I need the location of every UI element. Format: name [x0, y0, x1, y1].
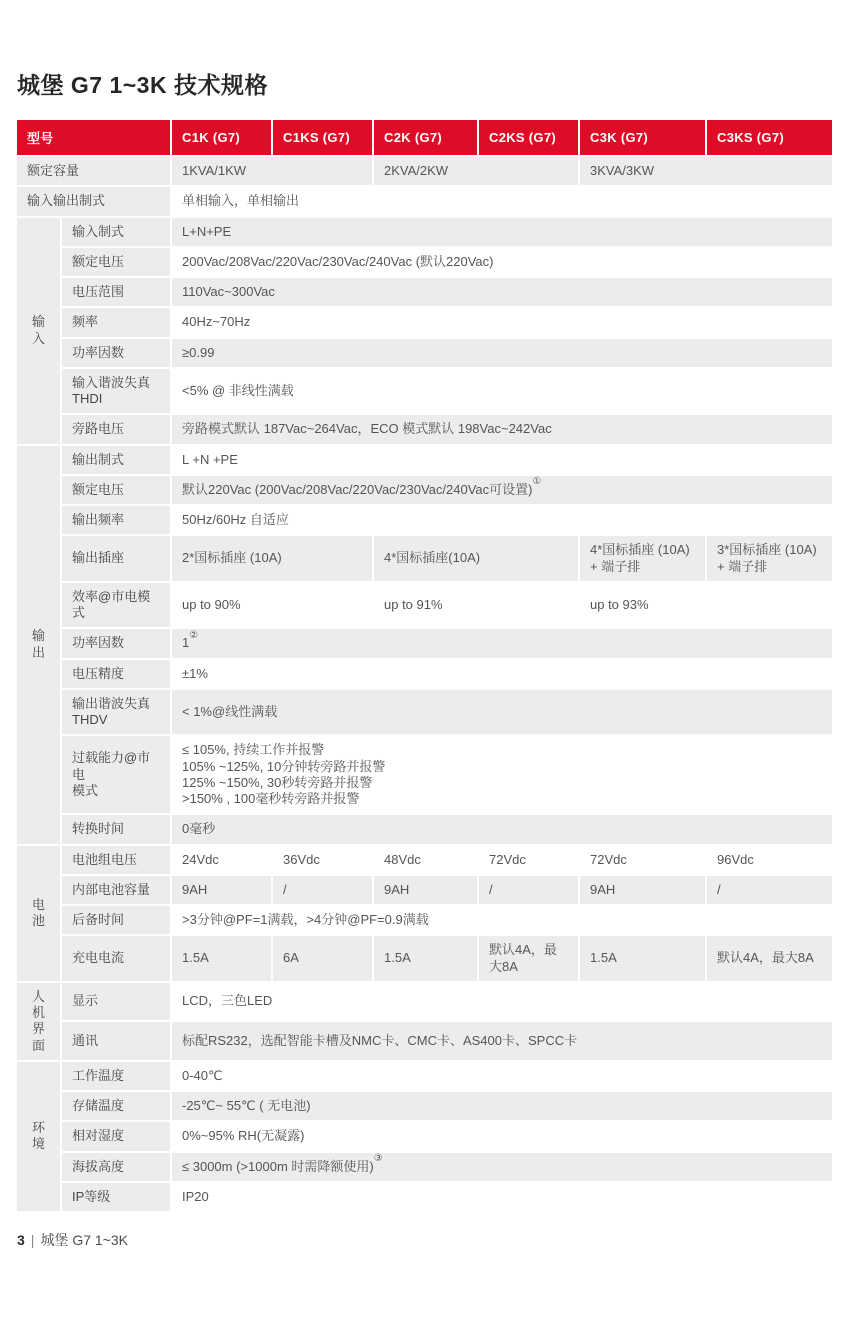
- row-label: 额定容量: [17, 157, 170, 185]
- spec-cell: 1.5A: [374, 936, 477, 981]
- table-row: 输出频率50Hz/60Hz 自适应: [17, 506, 832, 534]
- spec-cell: 1.5A: [172, 936, 271, 981]
- table-row: 频率40Hz~70Hz: [17, 308, 832, 336]
- spec-cell: up to 90%: [172, 583, 372, 628]
- spec-cell: 默认4A，最大8A: [479, 936, 578, 981]
- row-label: 存储温度: [62, 1092, 170, 1120]
- row-label: 通讯: [62, 1022, 170, 1060]
- spec-cell: up to 91%: [374, 583, 578, 628]
- column-header: 型号: [17, 120, 170, 155]
- row-label: 显示: [62, 983, 170, 1021]
- column-header: C2KS (G7): [479, 120, 578, 155]
- row-label: 过载能力@市电 模式: [62, 736, 170, 813]
- table-row: 输出插座2*国标插座 (10A)4*国标插座(10A)4*国标插座 (10A) …: [17, 536, 832, 581]
- table-row: 功率因数1②: [17, 629, 832, 657]
- group-label: 输入: [17, 218, 60, 444]
- row-label: 输出插座: [62, 536, 170, 581]
- spec-cell: 0-40℃: [172, 1062, 832, 1090]
- spec-cell: 50Hz/60Hz 自适应: [172, 506, 832, 534]
- column-header: C1K (G7): [172, 120, 271, 155]
- spec-cell: 0毫秒: [172, 815, 832, 843]
- spec-cell: 0%~95% RH(无凝露): [172, 1122, 832, 1150]
- spec-cell: 40Hz~70Hz: [172, 308, 832, 336]
- row-label: 电压范围: [62, 278, 170, 306]
- spec-cell: /: [273, 876, 372, 904]
- table-row: 额定电压200Vac/208Vac/220Vac/230Vac/240Vac (…: [17, 248, 832, 276]
- table-row: 相对湿度0%~95% RH(无凝露): [17, 1122, 832, 1150]
- spec-cell: 72Vdc: [479, 846, 578, 874]
- row-label: 后备时间: [62, 906, 170, 934]
- spec-cell: 旁路模式默认 187Vac~264Vac，ECO 模式默认 198Vac~242…: [172, 415, 832, 443]
- footnote-marker: ③: [374, 1153, 383, 1164]
- footer-doc-title: 城堡 G7 1~3K: [40, 1232, 128, 1248]
- spec-table: 型号C1K (G7)C1KS (G7)C2K (G7)C2KS (G7)C3K …: [15, 118, 834, 1213]
- table-row: 额定电压默认220Vac (200Vac/208Vac/220Vac/230Va…: [17, 476, 832, 504]
- spec-cell: 3KVA/3KW: [580, 157, 832, 185]
- spec-cell: 200Vac/208Vac/220Vac/230Vac/240Vac (默认22…: [172, 248, 832, 276]
- spec-cell: 1KVA/1KW: [172, 157, 372, 185]
- table-row: 输入谐波失真 THDI<5% @ 非线性满载: [17, 369, 832, 414]
- spec-cell: 4*国标插座(10A): [374, 536, 578, 581]
- column-header: C2K (G7): [374, 120, 477, 155]
- spec-cell: <5% @ 非线性满载: [172, 369, 832, 414]
- row-label: 输入制式: [62, 218, 170, 246]
- row-label: 输入输出制式: [17, 187, 170, 215]
- row-label: 功率因数: [62, 339, 170, 367]
- column-header: C1KS (G7): [273, 120, 372, 155]
- row-label: 转换时间: [62, 815, 170, 843]
- table-row: 过载能力@市电 模式≤ 105%, 持续工作并报警 105% ~125%, 10…: [17, 736, 832, 813]
- table-row: 效率@市电模式up to 90%up to 91%up to 93%: [17, 583, 832, 628]
- column-header: C3K (G7): [580, 120, 705, 155]
- spec-cell: ≤ 105%, 持续工作并报警 105% ~125%, 10分钟转旁路并报警 1…: [172, 736, 832, 813]
- row-label: 输入谐波失真 THDI: [62, 369, 170, 414]
- table-row: 电压精度±1%: [17, 660, 832, 688]
- spec-cell: L+N+PE: [172, 218, 832, 246]
- table-row: 海拔高度≤ 3000m (>1000m 时需降额使用)③: [17, 1153, 832, 1181]
- column-header: C3KS (G7): [707, 120, 832, 155]
- table-row: 转换时间0毫秒: [17, 815, 832, 843]
- spec-cell: /: [479, 876, 578, 904]
- row-label: 工作温度: [62, 1062, 170, 1090]
- spec-cell: L +N +PE: [172, 446, 832, 474]
- spec-cell: -25℃~ 55℃ ( 无电池): [172, 1092, 832, 1120]
- spec-cell: 9AH: [172, 876, 271, 904]
- page-footer: 3|城堡 G7 1~3K: [17, 1230, 128, 1250]
- table-row: 内部电池容量9AH/9AH/9AH/: [17, 876, 832, 904]
- spec-cell: 标配RS232，选配智能卡槽及NMC卡、CMC卡、AS400卡、SPCC卡: [172, 1022, 832, 1060]
- spec-cell: 36Vdc: [273, 846, 372, 874]
- table-row: 通讯标配RS232，选配智能卡槽及NMC卡、CMC卡、AS400卡、SPCC卡: [17, 1022, 832, 1060]
- row-label: 功率因数: [62, 629, 170, 657]
- row-label: 相对湿度: [62, 1122, 170, 1150]
- table-row: 电压范围110Vac~300Vac: [17, 278, 832, 306]
- row-label: 频率: [62, 308, 170, 336]
- spec-cell: >3分钟@PF=1满载，>4分钟@PF=0.9满载: [172, 906, 832, 934]
- table-row: 人机界面显示LCD，三色LED: [17, 983, 832, 1021]
- spec-cell: 9AH: [580, 876, 705, 904]
- page-number: 3: [17, 1232, 25, 1248]
- spec-cell: 6A: [273, 936, 372, 981]
- table-row: IP等级IP20: [17, 1183, 832, 1211]
- footnote-marker: ②: [189, 630, 198, 641]
- row-label: 效率@市电模式: [62, 583, 170, 628]
- spec-cell: 单相输入，单相输出: [172, 187, 832, 215]
- spec-cell: up to 93%: [580, 583, 832, 628]
- table-row: 后备时间>3分钟@PF=1满载，>4分钟@PF=0.9满载: [17, 906, 832, 934]
- row-label: 输出谐波失真 THDV: [62, 690, 170, 735]
- table-row: 额定容量1KVA/1KW2KVA/2KW3KVA/3KW: [17, 157, 832, 185]
- spec-cell: ±1%: [172, 660, 832, 688]
- spec-cell: 24Vdc: [172, 846, 271, 874]
- table-row: 输出输出制式L +N +PE: [17, 446, 832, 474]
- spec-cell: 默认220Vac (200Vac/208Vac/220Vac/230Vac/24…: [172, 476, 832, 504]
- spec-cell: 4*国标插座 (10A) + 端子排: [580, 536, 705, 581]
- table-row: 功率因数≥0.99: [17, 339, 832, 367]
- spec-cell: 9AH: [374, 876, 477, 904]
- group-label: 电池: [17, 846, 60, 981]
- row-label: 输出频率: [62, 506, 170, 534]
- spec-cell: /: [707, 876, 832, 904]
- row-label: 内部电池容量: [62, 876, 170, 904]
- footnote-marker: ①: [532, 476, 541, 487]
- table-row: 输入输出制式单相输入，单相输出: [17, 187, 832, 215]
- table-row: 电池电池组电压24Vdc36Vdc48Vdc72Vdc72Vdc96Vdc: [17, 846, 832, 874]
- group-label: 人机界面: [17, 983, 60, 1060]
- group-label: 输出: [17, 446, 60, 844]
- spec-cell: ≥0.99: [172, 339, 832, 367]
- table-row: 存储温度-25℃~ 55℃ ( 无电池): [17, 1092, 832, 1120]
- row-label: 充电电流: [62, 936, 170, 981]
- spec-cell: 1②: [172, 629, 832, 657]
- spec-cell: ≤ 3000m (>1000m 时需降额使用)③: [172, 1153, 832, 1181]
- spec-cell: 48Vdc: [374, 846, 477, 874]
- row-label: 电池组电压: [62, 846, 170, 874]
- row-label: 输出制式: [62, 446, 170, 474]
- table-row: 输出谐波失真 THDV< 1%@线性满载: [17, 690, 832, 735]
- row-label: 额定电压: [62, 476, 170, 504]
- group-label: 环境: [17, 1062, 60, 1211]
- spec-cell: 3*国标插座 (10A) + 端子排: [707, 536, 832, 581]
- table-row: 充电电流1.5A6A1.5A默认4A，最大8A1.5A默认4A，最大8A: [17, 936, 832, 981]
- spec-cell: 110Vac~300Vac: [172, 278, 832, 306]
- spec-cell: < 1%@线性满载: [172, 690, 832, 735]
- row-label: 旁路电压: [62, 415, 170, 443]
- spec-cell: IP20: [172, 1183, 832, 1211]
- spec-cell: 2KVA/2KW: [374, 157, 578, 185]
- spec-cell: 96Vdc: [707, 846, 832, 874]
- spec-cell: LCD，三色LED: [172, 983, 832, 1021]
- spec-cell: 默认4A，最大8A: [707, 936, 832, 981]
- table-row: 输入输入制式L+N+PE: [17, 218, 832, 246]
- row-label: 海拔高度: [62, 1153, 170, 1181]
- page-title: 城堡 G7 1~3K 技术规格: [17, 67, 268, 100]
- spec-cell: 72Vdc: [580, 846, 705, 874]
- table-row: 环境工作温度0-40℃: [17, 1062, 832, 1090]
- spec-cell: 1.5A: [580, 936, 705, 981]
- spec-cell: 2*国标插座 (10A): [172, 536, 372, 581]
- row-label: 电压精度: [62, 660, 170, 688]
- row-label: IP等级: [62, 1183, 170, 1211]
- table-row: 旁路电压旁路模式默认 187Vac~264Vac，ECO 模式默认 198Vac…: [17, 415, 832, 443]
- row-label: 额定电压: [62, 248, 170, 276]
- footer-separator: |: [31, 1232, 35, 1248]
